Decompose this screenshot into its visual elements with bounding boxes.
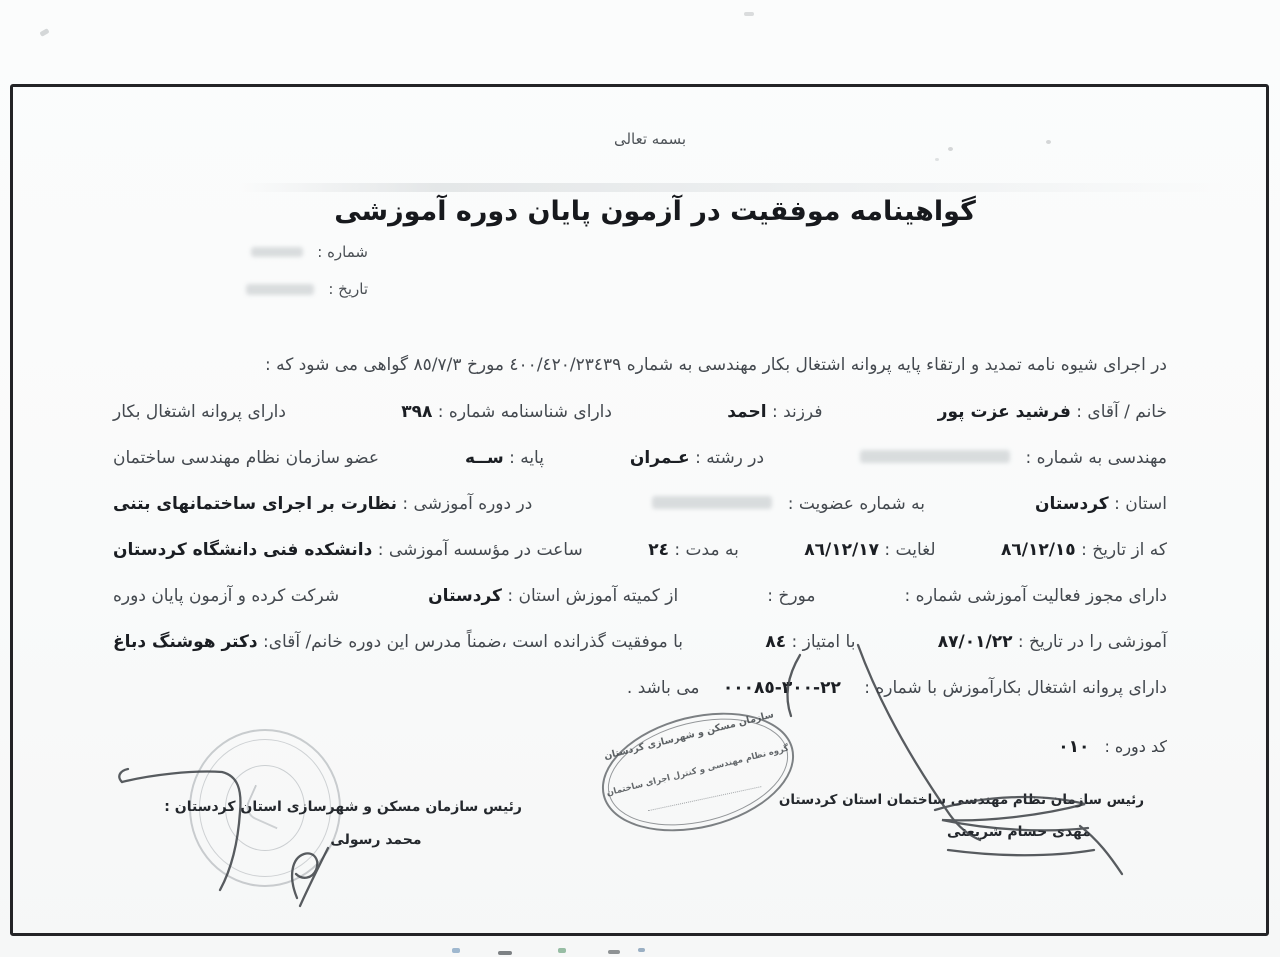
intro-line: در اجرای شیوه نامه تمدید و ارتقاء پایه پ… <box>113 352 1167 378</box>
intro-text-a: در اجرای شیوه نامه تمدید و ارتقاء پایه پ… <box>627 355 1167 375</box>
applicant-field: خانم / آقای : فرشید عزت پور <box>938 399 1167 425</box>
duration-value: ٢٤ <box>648 537 669 563</box>
to-date-value: ٨٦/١٢/١٧ <box>804 537 879 563</box>
base-permit-date: ٨٥/٧/٣ <box>414 352 462 378</box>
training-license-line: دارای پروانه اشتغال بکارآموزش با شماره :… <box>113 675 1167 701</box>
training-license-number: ٢٢-٣٠٠-٠٠٠٨٥ <box>723 675 841 701</box>
province-field: استان : کردستان <box>1035 491 1167 517</box>
province-value: کردستان <box>1035 494 1109 514</box>
redacted-number-value <box>251 247 303 257</box>
meta-number-row: شماره : <box>168 241 368 263</box>
result-line: آموزشی را در تاریخ : ٨٧/٠١/٢٢ با امتیاز … <box>113 629 1167 655</box>
certificate-title: گواهینامه موفقیت در آزمون پایان دوره آمو… <box>0 196 1280 227</box>
id-number: ٣٩٨ <box>401 399 432 425</box>
scan-artifact-streak <box>238 183 1228 192</box>
institute-label: ساعت در مؤسسه آموزشی : <box>378 540 583 560</box>
instructor-name: دکتر هوشنگ دباغ <box>113 632 258 652</box>
province-label: استان : <box>1114 494 1167 514</box>
right-signatory-title: رئیس سازمان نظام مهندسی ساختمان استان کر… <box>854 792 1144 808</box>
left-signatory-title: رئیس سازمان مسکن و شهرسازی استان کردستان… <box>170 799 522 815</box>
redacted-license-number <box>860 450 1010 463</box>
from-date-label: که از تاریخ : <box>1081 540 1167 560</box>
scan-smudge <box>452 948 460 953</box>
scan-speck <box>39 28 49 37</box>
training-license-tail: می باشد . <box>627 678 700 698</box>
applicant-label: خانم / آقای : <box>1076 402 1167 422</box>
scan-smudge <box>638 948 645 952</box>
license-line: مهندسی به شماره : در رشته : عـمران پایه … <box>113 445 1167 471</box>
course-code-label: کد دوره : <box>1104 737 1167 756</box>
course-field: در دوره آموزشی : نظارت بر اجرای ساختمانه… <box>113 491 532 517</box>
passed-field: با موفقیت گذرانده است ،ضمناً مدرس این دو… <box>113 629 683 655</box>
field-of-study-field: در رشته : عـمران <box>630 445 764 471</box>
grade-field: پایه : ســه <box>465 445 544 471</box>
person-tail-text: دارای پروانه اشتغال بکار <box>113 399 286 425</box>
scan-smudge <box>498 951 512 955</box>
date-label: تاریخ : <box>328 280 368 298</box>
person-line: خانم / آقای : فرشید عزت پور فرزند : احمد… <box>113 399 1167 425</box>
father-name: احمد <box>727 402 766 422</box>
score-field: با امتیاز : ٨٤ <box>765 629 855 655</box>
field-label: در رشته : <box>695 448 764 468</box>
id-field: دارای شناسنامه شماره : ٣٩٨ <box>401 399 612 425</box>
id-label: دارای شناسنامه شماره : <box>438 402 612 422</box>
number-label: شماره : <box>317 243 368 261</box>
grade-label: پایه : <box>509 448 544 468</box>
training-license-label: دارای پروانه اشتغال بکارآموزش با شماره : <box>864 678 1167 698</box>
committee-province: کردستان <box>428 586 502 606</box>
permit-date-field: مورخ : <box>767 583 815 609</box>
left-signatory-name: محمد رسولی <box>170 832 522 848</box>
father-label: فرزند : <box>772 402 823 422</box>
applicant-name: فرشید عزت پور <box>938 402 1071 422</box>
redacted-membership-number <box>652 496 772 509</box>
father-field: فرزند : احمد <box>727 399 822 425</box>
from-date-field: که از تاریخ : ٨٦/١٢/١٥ <box>1001 537 1167 563</box>
scan-smudge <box>558 948 566 953</box>
right-signature-block: رئیس سازمان نظام مهندسی ساختمان استان کر… <box>854 792 1144 840</box>
grade-value: ســه <box>465 448 504 468</box>
exam-date-field: آموزشی را در تاریخ : ٨٧/٠١/٢٢ <box>938 629 1167 655</box>
duration-label: به مدت : <box>674 540 738 560</box>
activity-permit-field: دارای مجوز فعالیت آموزشی شماره : <box>905 583 1167 609</box>
dates-line: که از تاریخ : ٨٦/١٢/١٥ لغایت : ٨٦/١٢/١٧ … <box>113 537 1167 563</box>
meta-block: شماره : تاریخ : <box>168 241 368 300</box>
to-date-label: لغایت : <box>884 540 935 560</box>
score-value: ٨٤ <box>765 629 786 655</box>
passed-text: با موفقیت گذرانده است ،ضمناً مدرس این دو… <box>263 632 683 652</box>
permit-line: دارای مجوز فعالیت آموزشی شماره : مورخ : … <box>113 583 1167 609</box>
base-permit-number: ٤٠٠/٤٢٠/٢٣٤٣٩ <box>509 352 621 378</box>
course-code-field: کد دوره : ٠١٠ <box>1058 737 1167 757</box>
scanned-certificate-page: بسمه تعالی گواهینامه موفقیت در آزمون پای… <box>0 0 1280 957</box>
bismillah-text: بسمه تعالی <box>0 130 1280 148</box>
license-number-field: مهندسی به شماره : <box>850 445 1167 471</box>
field-value: عـمران <box>630 448 690 468</box>
membership-number-field: به شماره عضویت : <box>642 491 925 517</box>
scan-speck <box>744 12 754 16</box>
permit-tail-text: شرکت کرده و آزمون پایان دوره <box>113 583 339 609</box>
score-label: با امتیاز : <box>792 632 856 652</box>
institute-field: ساعت در مؤسسه آموزشی : دانشکده فنی دانشگ… <box>113 537 583 563</box>
committee-field: از کمیته آموزش استان : کردستان <box>428 583 678 609</box>
course-code-value: ٠١٠ <box>1058 737 1089 757</box>
intro-text-c: گواهی می شود که : <box>265 355 408 375</box>
committee-label: از کمیته آموزش استان : <box>507 586 678 606</box>
right-signatory-name: مهدی حسام شریعتی <box>854 824 1144 840</box>
course-label: در دوره آموزشی : <box>402 494 532 514</box>
province-line: استان : کردستان به شماره عضویت : در دوره… <box>113 491 1167 517</box>
membership-label: به شماره عضویت : <box>788 494 925 514</box>
to-date-field: لغایت : ٨٦/١٢/١٧ <box>804 537 935 563</box>
membership-tail-text: عضو سازمان نظام مهندسی ساختمان <box>113 445 379 471</box>
license-number-label: مهندسی به شماره : <box>1025 448 1167 468</box>
exam-date-label: آموزشی را در تاریخ : <box>1018 632 1167 652</box>
left-signature-block: رئیس سازمان مسکن و شهرسازی استان کردستان… <box>170 799 522 848</box>
scan-smudge <box>608 950 620 954</box>
course-name: نظارت بر اجرای ساختمانهای بتنی <box>113 494 397 514</box>
from-date-value: ٨٦/١٢/١٥ <box>1001 537 1076 563</box>
duration-field: به مدت : ٢٤ <box>648 537 739 563</box>
institute-name: دانشکده فنی دانشگاه کردستان <box>113 540 372 560</box>
intro-text-b: مورخ <box>467 355 504 375</box>
redacted-date-value <box>246 284 314 295</box>
exam-date-value: ٨٧/٠١/٢٢ <box>938 629 1013 655</box>
meta-date-row: تاریخ : <box>168 278 368 300</box>
